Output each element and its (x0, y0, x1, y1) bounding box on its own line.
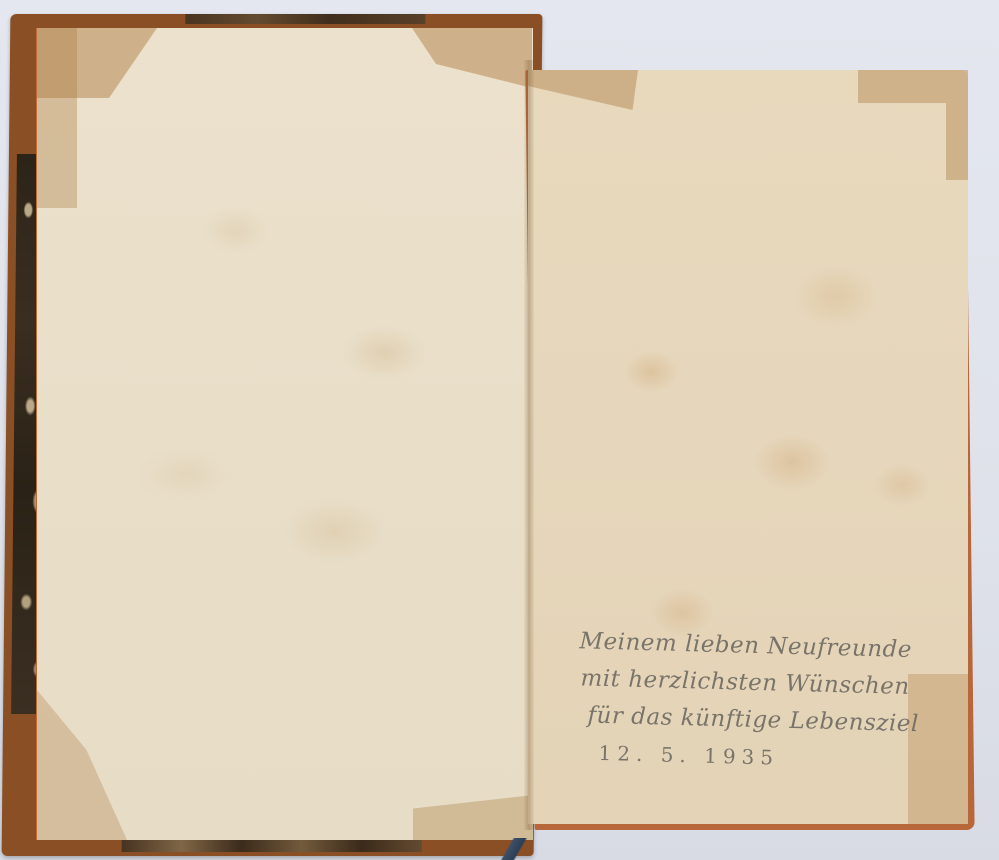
glue-stain-bottom-left (37, 690, 127, 840)
glue-stain-bottom-right (413, 795, 533, 840)
handwritten-dedication: Meinem lieben Neufreunde mit herzlichste… (576, 623, 940, 780)
glue-stain-top-right (858, 70, 968, 180)
book-photo: Meinem lieben Neufreunde mit herzlichste… (0, 0, 999, 860)
glue-stain-top-right (412, 28, 532, 88)
book-gutter (524, 60, 534, 830)
front-pastedown-page (36, 28, 533, 840)
glue-stain-top-left (528, 70, 638, 110)
bookmark-ribbon (500, 838, 530, 860)
glue-stain-left-edge (37, 28, 77, 208)
marbled-paper-top (185, 14, 425, 24)
marbled-paper-bottom (122, 840, 422, 852)
